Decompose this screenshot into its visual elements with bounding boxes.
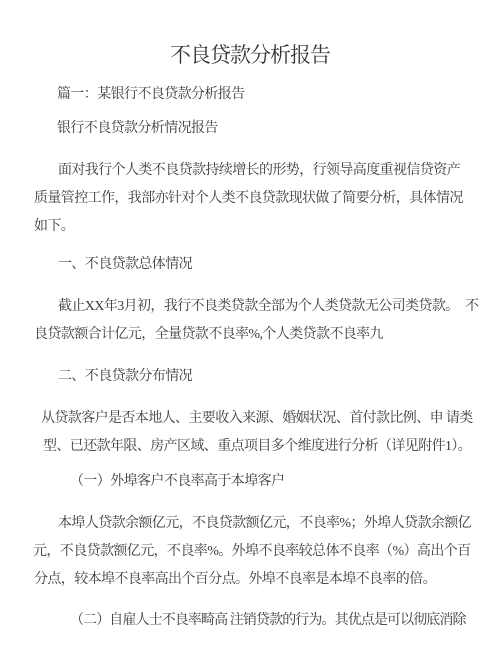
document-page: 不良贷款分析报告 篇一：某银行不良贷款分析报告 银行不良贷款分析情况报告 面对我…	[0, 0, 500, 658]
subtitle-line: 银行不良贷款分析情况报告	[57, 121, 218, 137]
paragraph-line: 从贷款客户是否本地人、主要收入来源、婚姻状况、首付款比例、申 请类	[41, 411, 473, 427]
document-title: 不良贷款分析报告	[0, 44, 500, 67]
paragraph-line: 如下。	[34, 219, 74, 235]
paragraph-line: 良贷款额合计亿元，全量贷款不良率%,个人类贷款不良率九	[34, 327, 383, 343]
paragraph-line: 面对我行个人类不良贷款持续增长的形势，行领导高度重视信贷资产	[58, 163, 460, 179]
subtitle-line: 篇一：某银行不良贷款分析报告	[57, 87, 245, 103]
paragraph-line: 分点，较本埠不良率高出个百分点。外埠不良率是本埠不良率的倍。	[34, 572, 436, 588]
paragraph-line: 质量管控工作，我部亦针对个人类不良贷款现状做了简要分析，具体情况	[34, 191, 463, 207]
subheading-line: （一）外埠客户不良率高于本埠客户	[70, 474, 284, 490]
paragraph-line: 型、已还款年限、房产区域、重点项目多个维度进行分析（详见附件1）。	[43, 439, 471, 455]
paragraph-line: 本埠人贷款余额亿元，不良贷款额亿元，不良率%；外埠人贷款余额亿	[58, 516, 471, 532]
subheading-line: （二）自雇人士不良率畸高 注销贷款的行为。其优点是可以彻底消除	[70, 613, 466, 629]
heading-line: 二、不良贷款分布情况	[58, 369, 192, 385]
paragraph-line: 元，不良贷款额亿元，不良率%。外埠不良率较总体不良率（%）高出个百	[33, 544, 471, 560]
paragraph-line: 截止XX年3月初，我行不良类贷款全部为个人类贷款无公司类贷款。 不	[58, 299, 478, 315]
heading-line: 一、不良贷款总体情况	[58, 257, 192, 273]
